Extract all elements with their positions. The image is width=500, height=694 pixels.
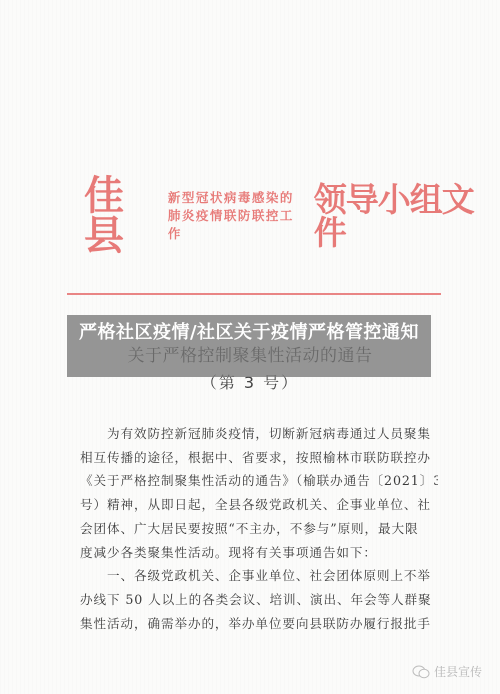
letterhead-subtitle: 新型冠状病毒感染的 肺炎疫情联防联控工作 [168,189,304,243]
body-line: 会团体、广大居民要按照“不主办，不参与”原则，最大限 [80,517,438,541]
watermark-label: 佳县宣传 [434,663,482,680]
source-watermark: 佳县宣传 [412,663,482,680]
headline-overlay: 严格社区疫情/社区关于疫情严格管控通知 [67,315,431,377]
body-line: 为有效防控新冠肺炎疫情，切断新冠病毒通过人员聚集 [80,422,438,446]
body-line: 《关于严格控制聚集性活动的通告》（榆联办通告〔2021〕3 [80,469,438,493]
body-line: 相互传播的途径，根据中、省要求，按照榆林市联防联控办 [80,446,438,470]
letterhead-subtitle-line2: 肺炎疫情联防联控工作 [168,207,304,243]
body-line: 号）精神，从即日起，全县各级党政机关、企事业单位、社 [80,493,438,517]
overlay-headline: 严格社区疫情/社区关于疫情严格管控通知 [67,321,431,345]
wechat-icon [412,665,430,679]
letterhead-group-title: 领导小组文件 [314,183,500,249]
body-line: 办线下 50 人以上的各类会议、培训、演出、年会等人群聚 [80,588,438,612]
letterhead-subtitle-line1: 新型冠状病毒感染的 [168,189,304,207]
body-line: 一、各级党政机关、企事业单位、社会团体原则上不举 [80,564,438,588]
notice-body: 为有效防控新冠肺炎疫情，切断新冠病毒通过人员聚集 相互传播的途径，根据中、省要求… [80,422,438,635]
letterhead-county: 佳县 [84,176,156,256]
body-line: 度减少各类聚集性活动。现将有关事项通告如下： [80,541,438,565]
letterhead-divider [67,293,441,295]
document-letterhead: 佳县 新型冠状病毒感染的 肺炎疫情联防联控工作 领导小组文件 [84,190,500,242]
body-line: 集性活动，确需举办的，举办单位要向县联防办履行报批手 [80,612,438,636]
